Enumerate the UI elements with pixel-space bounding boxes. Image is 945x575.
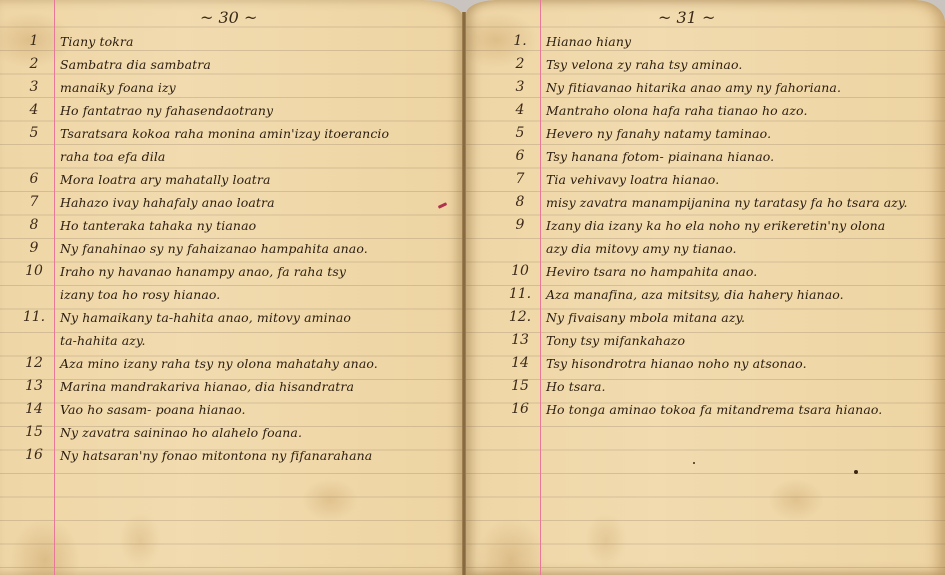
entry-line: 5Hevero ny fanahy natamy taminao. [466,122,936,145]
entry-text: ta-hahita azy. [60,329,146,352]
entry-line: 13Marina mandrakariva hianao, dia hisand… [0,375,450,398]
entry-text: Tsy hanana fotom- piainana hianao. [546,145,774,168]
entry-line: 2Tsy velona zy raha tsy aminao. [466,53,936,76]
entry-number: 5 [14,122,54,145]
entry-text: Tsy hisondrotra hianao noho ny atsonao. [546,352,807,375]
entry-number: 15 [500,375,540,398]
entry-line: 12.Ny fivaisany mbola mitana azy. [466,306,936,329]
entry-line: izany toa ho rosy hianao. [0,283,450,306]
entry-number: 9 [14,237,54,260]
entry-line: 8Ho tanteraka tahaka ny tianao [0,214,450,237]
entry-number: 1 [14,30,54,53]
left-page-number: ~ 30 ~ [200,8,257,27]
entry-text: Tony tsy mifankahazo [546,329,685,352]
entry-number: 4 [14,99,54,122]
entry-line: 10Iraho ny havanao hanampy anao, fa raha… [0,260,450,283]
entry-line: 4Mantraho olona hafa raha tianao ho azo. [466,99,936,122]
entry-line: 15Ho tsara. [466,375,936,398]
entry-line: raha toa efa dila [0,145,450,168]
entry-number: 2 [14,53,54,76]
entry-line: 10Heviro tsara no hampahita anao. [466,260,936,283]
entry-number: 13 [500,329,540,352]
entry-number: 3 [14,76,54,99]
entry-line: 2Sambatra dia sambatra [0,53,450,76]
entry-text: azy dia mitovy amy ny tianao. [546,237,737,260]
entry-text: Heviro tsara no hampahita anao. [546,260,757,283]
left-notebook-page: ~ 30 ~ 1Tiany tokra2Sambatra dia sambatr… [0,0,463,575]
entry-text: izany toa ho rosy hianao. [60,283,220,306]
entry-text: Mora loatra ary mahatally loatra [60,168,271,191]
entry-line: 7Hahazo ivay hahafaly anao loatra [0,191,450,214]
entry-line: 11.Ny hamaikany ta-hahita anao, mitovy a… [0,306,450,329]
entry-number: 3 [500,76,540,99]
entry-text: Aza manafina, aza mitsitsy, dia hahery h… [546,283,844,306]
entry-line: 11.Aza manafina, aza mitsitsy, dia haher… [466,283,936,306]
entry-number: 6 [14,168,54,191]
entry-number: 5 [500,122,540,145]
entry-text: Tsy velona zy raha tsy aminao. [546,53,742,76]
entry-line: 13Tony tsy mifankahazo [466,329,936,352]
entry-text: Izany dia izany ka ho ela noho ny eriker… [546,214,885,237]
entry-number: 1. [500,30,540,53]
entry-text: misy zavatra manampijanina ny taratasy f… [546,191,908,214]
entry-number: 13 [14,375,54,398]
entry-text: Tsaratsara kokoa raha monina amin'izay i… [60,122,389,145]
entry-number: 12 [14,352,54,375]
right-page-number: ~ 31 ~ [658,8,715,27]
right-notebook-page: ~ 31 ~ 1.Hianao hiany2Tsy velona zy raha… [466,0,945,575]
entry-text: Hevero ny fanahy natamy taminao. [546,122,771,145]
entry-number: 16 [14,444,54,467]
entry-number: 7 [14,191,54,214]
entry-number: 14 [14,398,54,421]
entry-line: 16Ny hatsaran'ny fonao mitontona ny fifa… [0,444,450,467]
entry-line: 6Tsy hanana fotom- piainana hianao. [466,145,936,168]
right-page-entries: 1.Hianao hiany2Tsy velona zy raha tsy am… [466,30,936,421]
entry-text: Hianao hiany [546,30,631,53]
entry-number: 16 [500,398,540,421]
entry-number: 2 [500,53,540,76]
entry-line: 5Tsaratsara kokoa raha monina amin'izay … [0,122,450,145]
entry-line: 15Ny zavatra saininao ho alahelo foana. [0,421,450,444]
entry-line: 16Ho tonga aminao tokoa fa mitandrema ts… [466,398,936,421]
entry-line: 1Tiany tokra [0,30,450,53]
entry-line: 14Tsy hisondrotra hianao noho ny atsonao… [466,352,936,375]
entry-number: 10 [14,260,54,283]
entry-text: Ny hamaikany ta-hahita anao, mitovy amin… [60,306,351,329]
entry-line: 1.Hianao hiany [466,30,936,53]
entry-text: Ny fitiavanao hitarika anao amy ny fahor… [546,76,841,99]
entry-number: 4 [500,99,540,122]
entry-text: manaiky foana izy [60,76,176,99]
entry-text: Tia vehivavy loatra hianao. [546,168,719,191]
entry-text: raha toa efa dila [60,145,165,168]
entry-text: Ho tsara. [546,375,606,398]
entry-text: Sambatra dia sambatra [60,53,211,76]
entry-line: 4Ho fantatrao ny fahasendaotrany [0,99,450,122]
entry-text: Ho fantatrao ny fahasendaotrany [60,99,273,122]
entry-number: 10 [500,260,540,283]
ink-spot [854,470,858,474]
entry-number: 8 [500,191,540,214]
entry-number: 14 [500,352,540,375]
entry-number: 15 [14,421,54,444]
entry-text: Vao ho sasam- poana hianao. [60,398,246,421]
entry-text: Ny fanahinao sy ny fahaizanao hampahita … [60,237,368,260]
entry-number: 6 [500,145,540,168]
entry-text: Ho tonga aminao tokoa fa mitandrema tsar… [546,398,882,421]
entry-line: 3Ny fitiavanao hitarika anao amy ny faho… [466,76,936,99]
entry-text: Hahazo ivay hahafaly anao loatra [60,191,275,214]
entry-line: 9Izany dia izany ka ho ela noho ny erike… [466,214,936,237]
entry-line: 14Vao ho sasam- poana hianao. [0,398,450,421]
entry-number: 12. [500,306,540,329]
entry-text: Marina mandrakariva hianao, dia hisandra… [60,375,354,398]
entry-text: Aza mino izany raha tsy ny olona mahatah… [60,352,378,375]
entry-text: Tiany tokra [60,30,134,53]
entry-text: Ny fivaisany mbola mitana azy. [546,306,745,329]
entry-line: ta-hahita azy. [0,329,450,352]
entry-number: 11. [14,306,54,329]
entry-text: Ny zavatra saininao ho alahelo foana. [60,421,302,444]
entry-text: Mantraho olona hafa raha tianao ho azo. [546,99,808,122]
entry-text: Iraho ny havanao hanampy anao, fa raha t… [60,260,346,283]
entry-line: 9Ny fanahinao sy ny fahaizanao hampahita… [0,237,450,260]
entry-number: 11. [500,283,540,306]
entry-number: 8 [14,214,54,237]
entry-line: 3manaiky foana izy [0,76,450,99]
ink-spot [693,462,695,464]
entry-line: 8misy zavatra manampijanina ny taratasy … [466,191,936,214]
left-page-entries: 1Tiany tokra2Sambatra dia sambatra3manai… [0,30,450,467]
entry-text: Ny hatsaran'ny fonao mitontona ny fifana… [60,444,372,467]
entry-line: 7Tia vehivavy loatra hianao. [466,168,936,191]
entry-number: 7 [500,168,540,191]
entry-line: 12Aza mino izany raha tsy ny olona mahat… [0,352,450,375]
entry-line: azy dia mitovy amy ny tianao. [466,237,936,260]
entry-text: Ho tanteraka tahaka ny tianao [60,214,256,237]
entry-number: 9 [500,214,540,237]
entry-line: 6Mora loatra ary mahatally loatra [0,168,450,191]
